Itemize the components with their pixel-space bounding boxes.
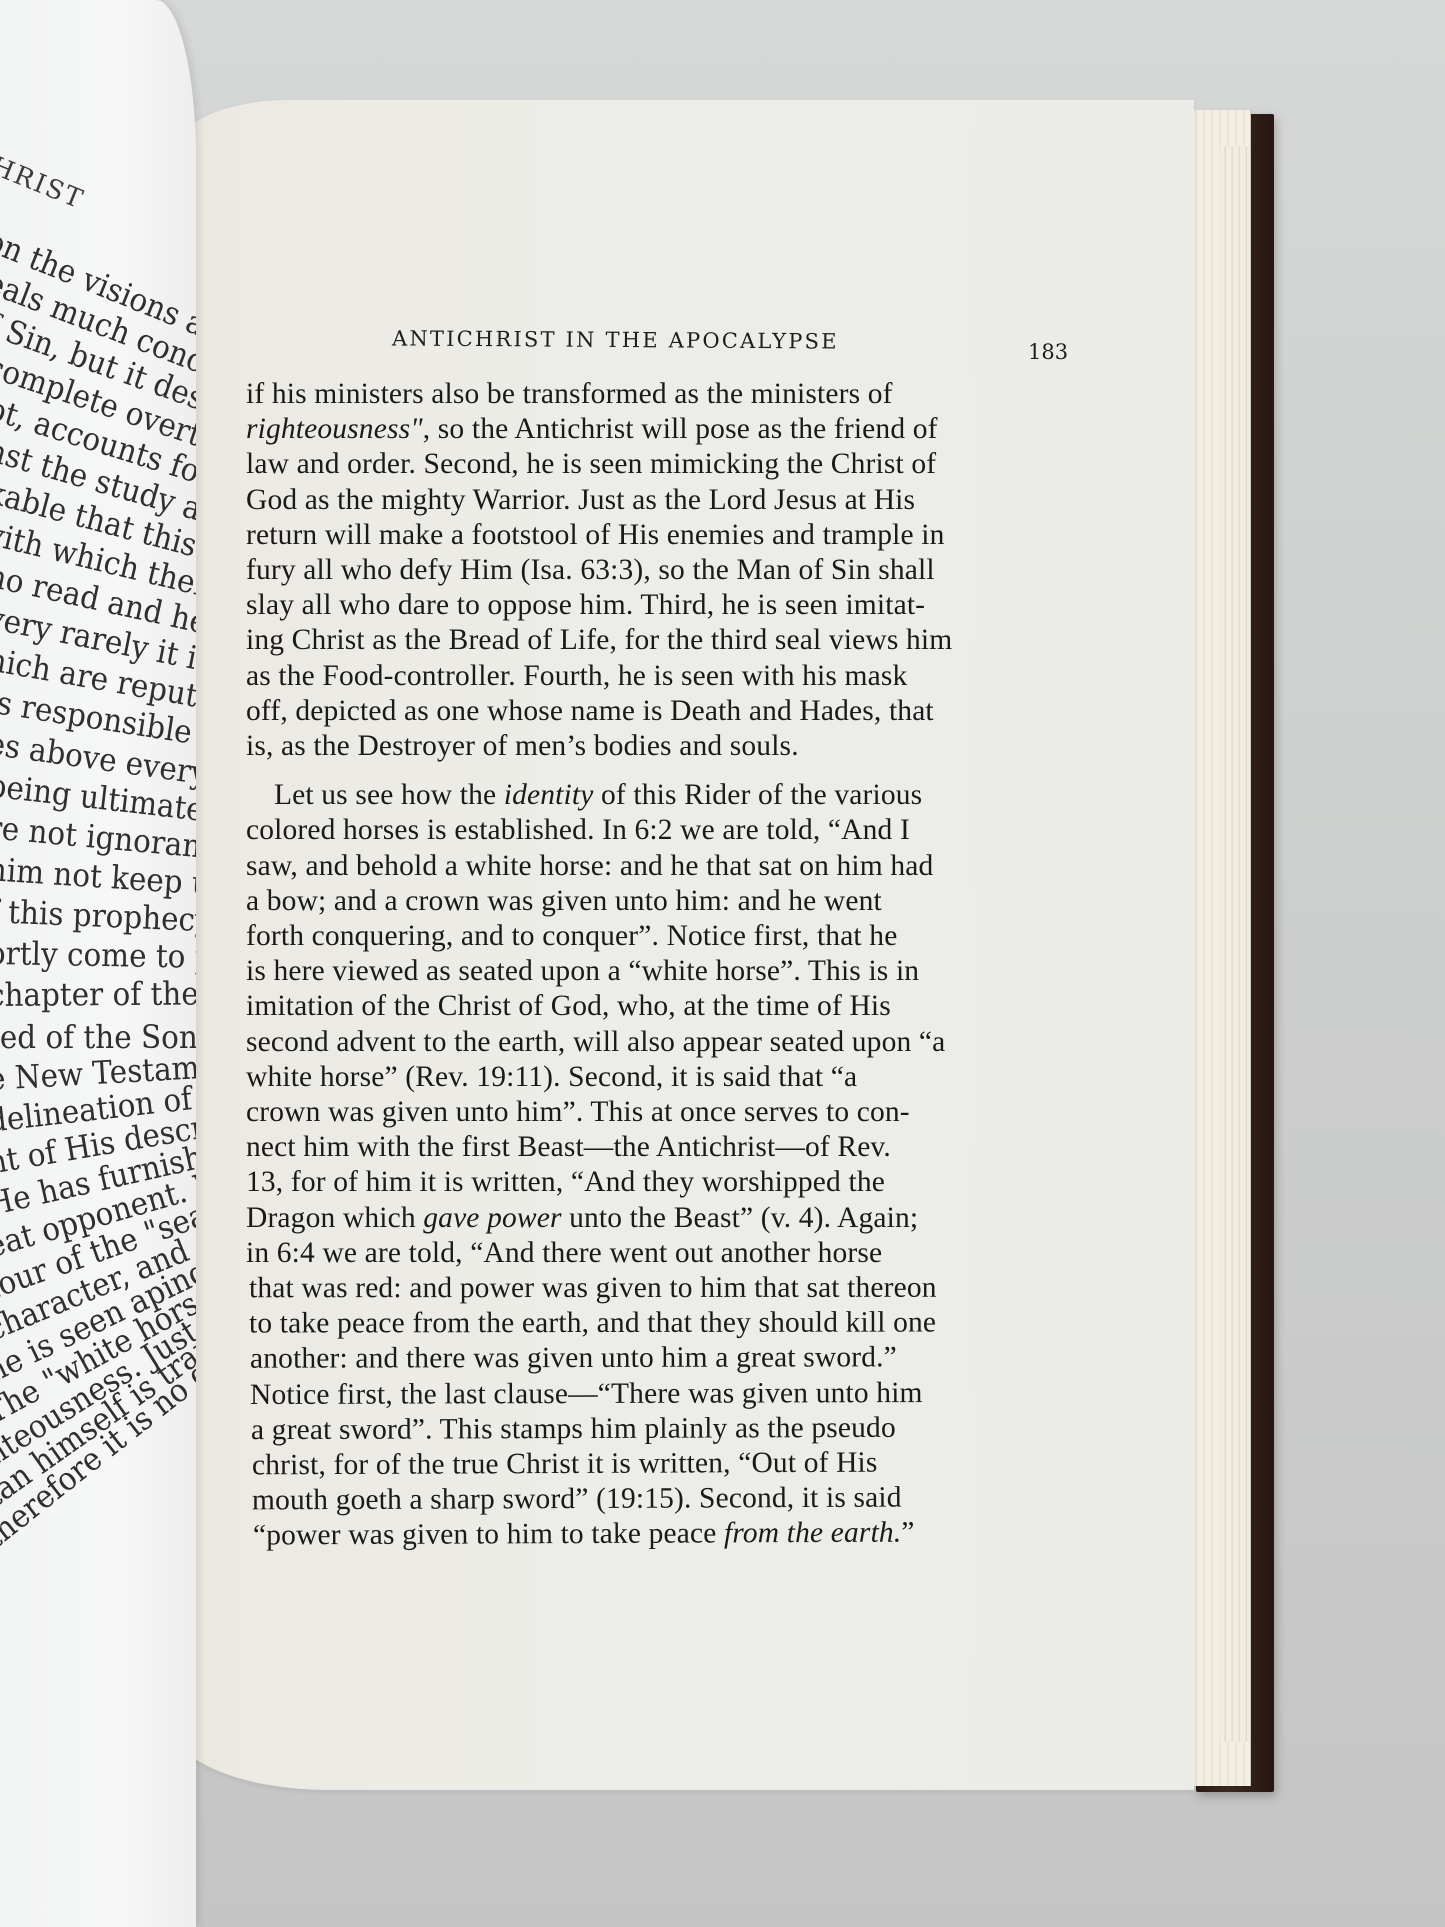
text-line: imitation of the Christ of God, who, at … <box>246 990 891 1023</box>
text-line: a great sword”. This stamps him plainly … <box>251 1412 896 1447</box>
left-page: HRIST on the visions and peals much conc… <box>0 0 196 1927</box>
page-edges-inner <box>1220 146 1251 1742</box>
text-line: forth conquering, and to conquer”. Notic… <box>246 920 897 953</box>
text-line: if his ministers also be transformed as … <box>246 378 893 411</box>
text-line: that was red: and power was given to him… <box>249 1272 937 1306</box>
text-line: to take peace from the earth, and that t… <box>249 1307 936 1341</box>
text-line: mouth goeth a sharp sword” (19:15). Seco… <box>252 1482 902 1518</box>
text-line: God as the mighty Warrior. Just as the L… <box>246 484 915 517</box>
text-line: in 6:4 we are told, “And there went out … <box>246 1237 882 1270</box>
text-line: ing Christ as the Bread of Life, for the… <box>246 624 952 657</box>
text-line: a bow; and a crown was given unto him: a… <box>246 885 882 918</box>
left-text-line: chapter of the Revel <box>0 974 196 1014</box>
text-line: return will make a footstool of His enem… <box>246 519 945 552</box>
text-line: law and order. Second, he is seen mimick… <box>246 448 936 481</box>
text-line: Dragon which gave power unto the Beast” … <box>246 1202 918 1235</box>
italic-text: righteousness" <box>246 413 423 445</box>
text-line: as the Food-controller. Fourth, he is se… <box>246 660 907 693</box>
italic-text: identity <box>504 779 594 811</box>
text-line: Let us see how the identity of this Ride… <box>246 779 922 812</box>
text-line: slay all who dare to oppose him. Third, … <box>246 589 925 622</box>
running-head: ANTICHRIST IN THE APOCALYPSE <box>392 326 839 353</box>
text-line: second advent to the earth, will also ap… <box>246 1026 945 1059</box>
text-line: fury all who defy Him (Isa. 63:3), so th… <box>246 554 935 587</box>
text-line: 13, for of him it is written, “And they … <box>246 1166 885 1199</box>
text-line: Notice first, the last clause—“There was… <box>250 1377 923 1412</box>
text-line: “power was given to him to take peace fr… <box>253 1517 915 1553</box>
text-line: christ, for of the true Christ it is wri… <box>252 1447 878 1483</box>
text-line: white horse” (Rev. 19:11). Second, it is… <box>246 1061 857 1094</box>
left-text-line: ortly come to pass". <box>0 934 196 977</box>
text-line: crown was given unto him”. This at once … <box>246 1096 910 1129</box>
page-number: 183 <box>1028 340 1068 364</box>
text-line: is here viewed as seated upon a “white h… <box>246 955 919 988</box>
text-line: off, depicted as one whose name is Death… <box>246 695 934 728</box>
text-line: colored horses is established. In 6:2 we… <box>246 814 910 847</box>
text-line: righteousness", so the Antichrist will p… <box>246 413 938 446</box>
italic-text: from the earth. <box>724 1517 901 1550</box>
text-line: another: and there was given unto him a … <box>250 1342 897 1376</box>
text-line: is, as the Destroyer of men’s bodies and… <box>246 730 799 763</box>
italic-text: gave power <box>423 1202 561 1234</box>
text-line: saw, and behold a white horse: and he th… <box>246 850 933 883</box>
left-running-head: HRIST <box>0 151 88 215</box>
text-line: nect him with the first Beast—the Antich… <box>246 1131 891 1164</box>
